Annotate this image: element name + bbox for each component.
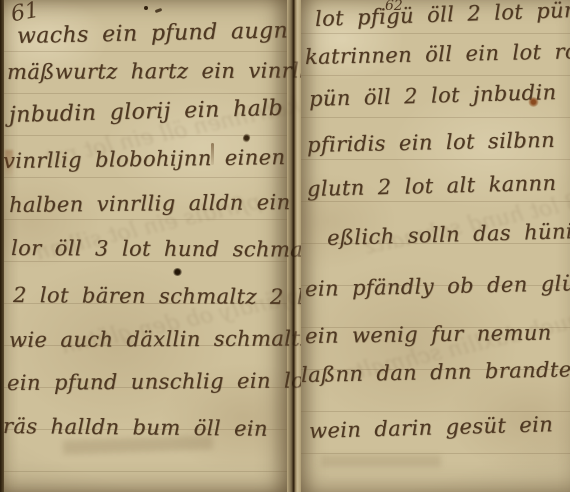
book-edge [0,0,4,492]
handwriting-line: vinrllig blobohijnn einen [3,145,286,173]
handwriting-line: mäßwurtz hartz ein vinrllig [7,58,327,84]
book-gutter [287,0,301,492]
manuscript-photo: katrinnen öll ein lot rot pfiridis ein l… [0,0,570,492]
handwriting-line: ein wenig fur nemun [305,321,552,348]
smudge [321,455,441,467]
handwriting-line: halben vinrllig alldn ein [9,190,291,217]
ink-drip [211,143,214,165]
handwriting-line: 2 lot bären schmaltz 2 lot [13,283,326,309]
handwriting-line: wie auch däxllin schmaltz [9,326,312,352]
right-page: lor öll 3 lot hund schmaltz wie auch däx… [301,0,570,492]
handwriting-line: räs halldn bum öll ein [3,414,268,441]
foxing-spot [528,97,539,107]
handwriting-line: lor öll 3 lot hund schmaltz [11,236,331,262]
rust-streak [5,150,13,180]
left-page: katrinnen öll ein lot rot pfiridis ein l… [3,0,287,492]
handwriting-line: ein pfund unschlig ein lot [7,368,313,395]
ink-blot [173,268,182,276]
ink-speck [144,6,148,10]
